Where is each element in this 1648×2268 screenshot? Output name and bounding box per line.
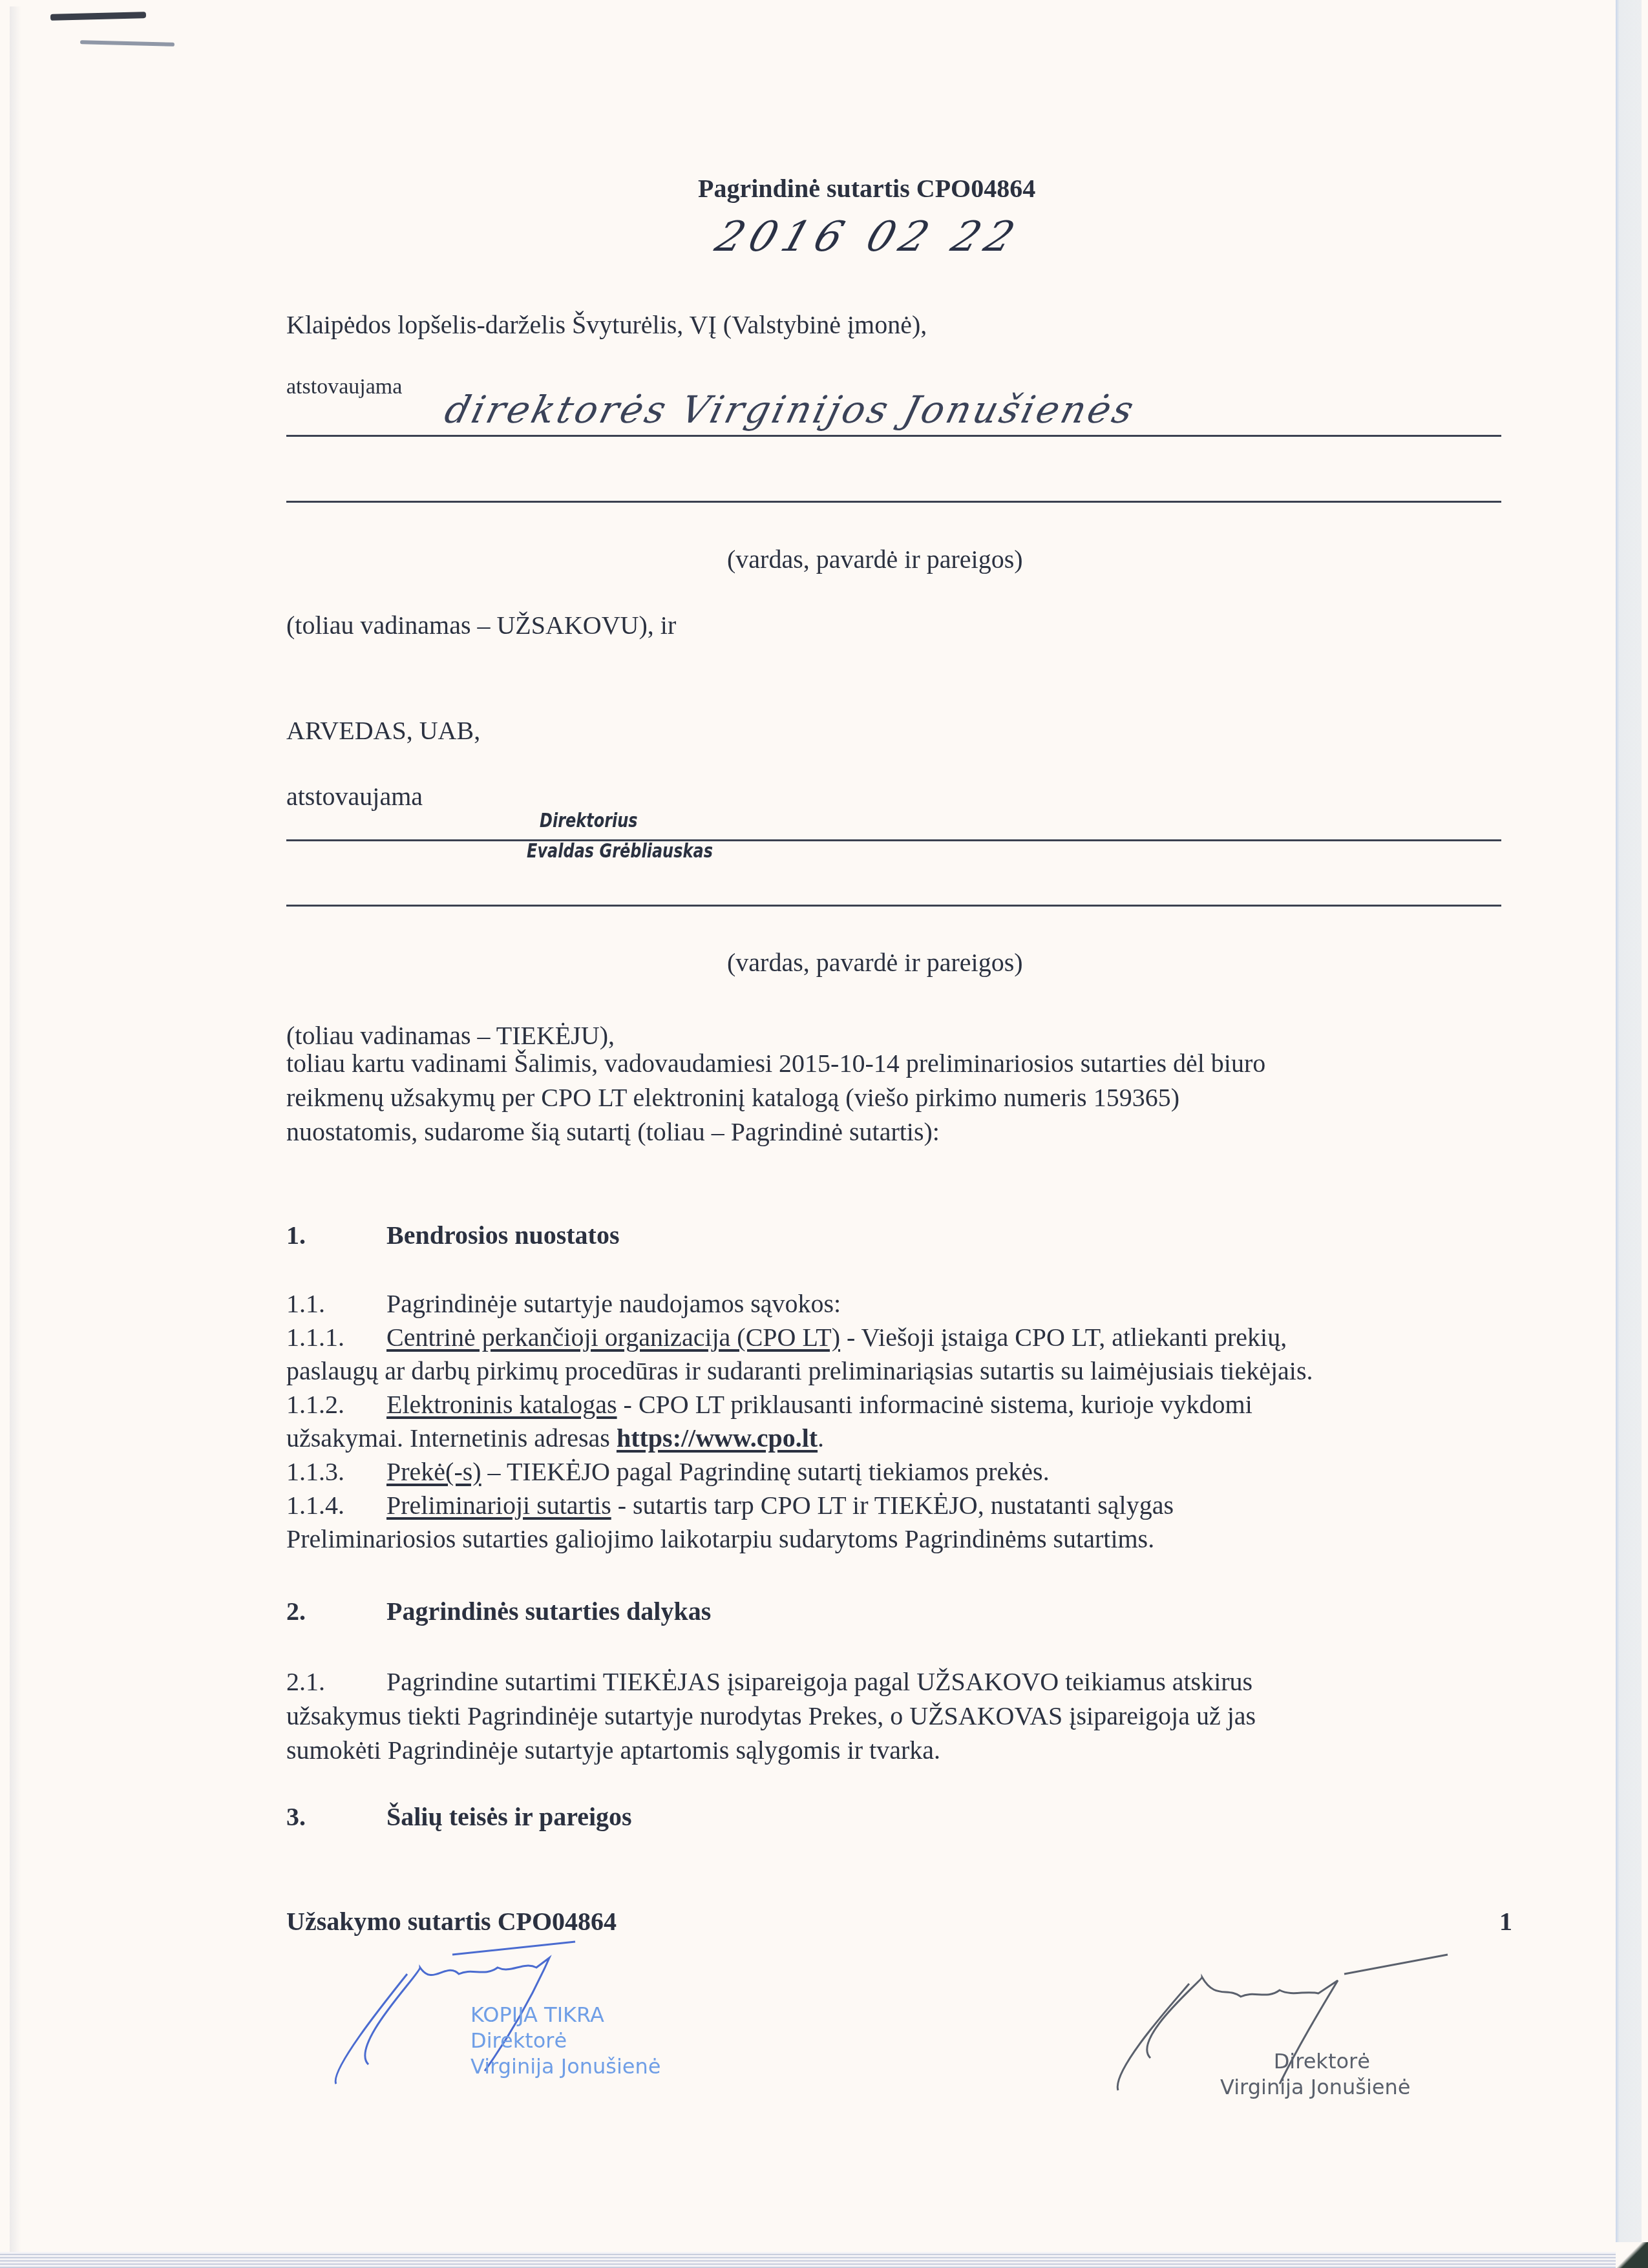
section-heading-1: 1.Bendrosios nuostatos [286,1220,619,1250]
clause-continuation: užsakymus tiekti Pagrindinėje sutartyje … [286,1698,1256,1734]
section-heading-3: 3.Šalių teisės ir pareigos [286,1801,632,1832]
term: Preliminarioji sutartis [386,1491,611,1520]
clause-1-1-4: 1.1.4.Preliminarioji sutartis - sutartis… [286,1487,1174,1524]
clause-continuation: paslaugų ar darbų pirkimų procedūras ir … [286,1353,1313,1389]
supplier-position: Direktorius [540,810,638,832]
customer-referred-as: (toliau vadinamas – UŽSAKOVU), ir [286,607,676,644]
cpo-link[interactable]: https://www.cpo.lt [617,1423,818,1453]
section-title: Šalių teisės ir pareigos [386,1802,632,1831]
footer-label: Užsakymo sutartis CPO04864 [286,1906,617,1937]
preamble-line: toliau kartu vadinami Šalimis, vadovauda… [286,1045,1265,1082]
signature-line [286,501,1501,503]
term: Centrinė perkančioji organizacija (CPO L… [386,1323,840,1352]
clause-2-1: 2.1.Pagrindine sutartimi TIEKĖJAS įsipar… [286,1664,1252,1700]
section-title: Bendrosios nuostatos [386,1221,619,1250]
clause-1-1-2: 1.1.2.Elektroninis katalogas - CPO LT pr… [286,1387,1252,1423]
preamble-line: nuostatomis, sudarome šią sutartį (tolia… [286,1114,940,1150]
section-number: 3. [286,1801,386,1832]
clause-1-1-1: 1.1.1.Centrinė perkančioji organizacija … [286,1319,1287,1356]
customer-caption: (vardas, pavardė ir pareigos) [727,541,1023,578]
customer-name: Klaipėdos lopšelis-darželis Švyturėlis, … [286,307,927,343]
staple-mark [80,40,174,47]
clause-1-1: 1.1.Pagrindinėje sutartyje naudojamos są… [286,1286,841,1322]
stamp-right: Direktorė Virginija Jonušienė [1220,2048,1411,2100]
scan-edge-left [10,6,21,2268]
section-title: Pagrindinės sutarties dalykas [386,1597,711,1626]
stamp-left: KOPIJA TIKRA Direktorė Virginija Jonušie… [470,2002,661,2079]
clause-continuation: Preliminariosios sutarties galiojimo lai… [286,1521,1154,1557]
document-title: Pagrindinė sutartis CPO04864 [698,173,1035,204]
scan-corner [1616,2242,1648,2268]
signature-line [286,435,1501,437]
clause-1-1-3: 1.1.3.Prekė(-s) – TIEKĖJO pagal Pagrindi… [286,1454,1050,1490]
page-number: 1 [1499,1906,1512,1937]
scan-edge-right [1616,0,1642,2242]
term: Prekė(-s) [386,1457,481,1486]
supplier-name: ARVEDAS, UAB, [286,713,480,749]
supplier-caption: (vardas, pavardė ir pareigos) [727,945,1023,981]
section-number: 1. [286,1220,386,1250]
supplier-represented-label: atstovaujama [286,779,423,815]
section-heading-2: 2.Pagrindinės sutarties dalykas [286,1596,711,1626]
supplier-person: Evaldas Grėbliauskas [527,840,713,863]
pen-mark [50,12,146,21]
section-number: 2. [286,1596,386,1626]
signature-line [286,839,1501,841]
term: Elektroninis katalogas [386,1390,617,1419]
scan-edge-bottom [0,2252,1616,2268]
preamble-line: reikmenų užsakymų per CPO LT elektroninį… [286,1080,1179,1116]
signature-line [286,905,1501,907]
customer-representative-handwriting: direktorės Virginijos Jonušienės [441,388,1141,432]
clause-continuation: sumokėti Pagrindinėje sutartyje aptartom… [286,1732,940,1769]
customer-represented-label: atstovaujama [286,375,402,399]
handwritten-date: 2016 02 22 [710,213,1026,261]
clause-continuation: užsakymai. Internetinis adresas https://… [286,1420,824,1456]
